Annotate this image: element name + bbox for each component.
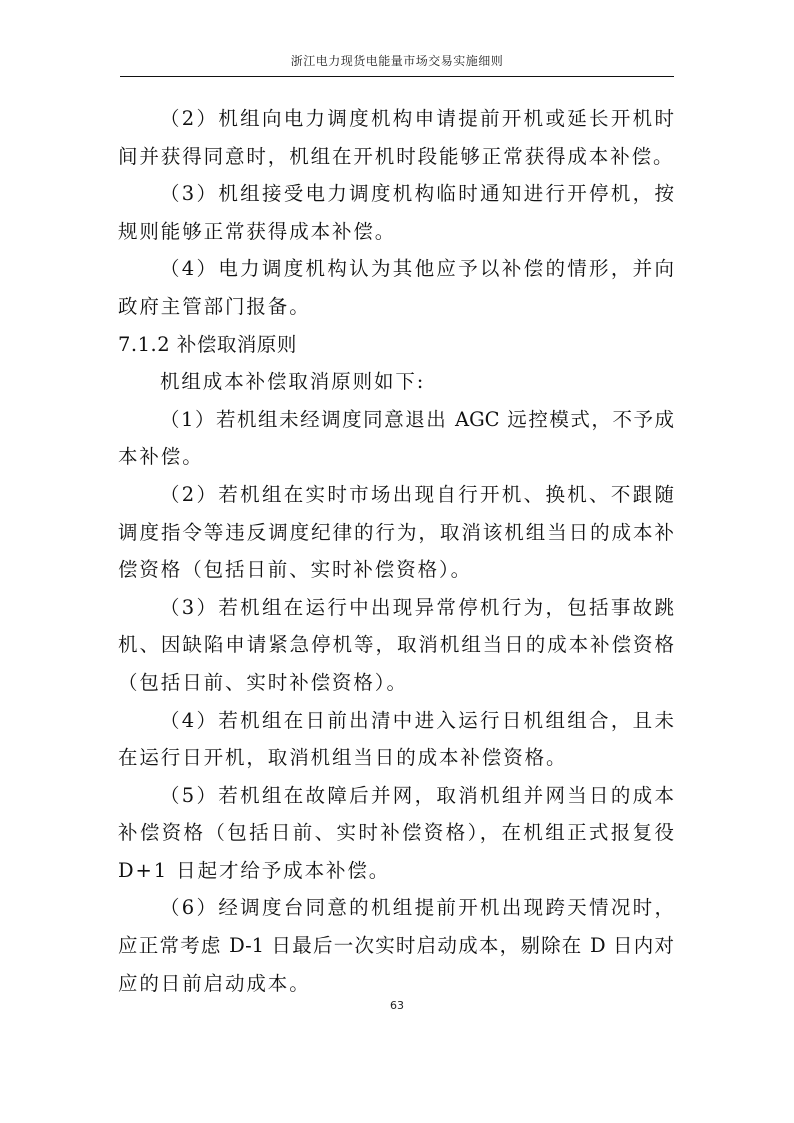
paragraph-line: （5）若机组在故障后并网，取消机组并网当日的成本 (118, 777, 674, 815)
paragraph-line: 调度指令等违反调度纪律的行为，取消该机组当日的成本补 (118, 514, 674, 552)
page-number: 63 (0, 999, 794, 1012)
document-body: （2）机组向电力调度机构申请提前开机或延长开机时 间并获得同意时，机组在开机时段… (118, 100, 674, 1002)
paragraph-line: 偿资格（包括日前、实时补偿资格）。 (118, 551, 674, 589)
paragraph-line: （1）若机组未经调度同意退出 AGC 远控模式，不予成 (118, 401, 674, 439)
page-header: 浙江电力现货电能量市场交易实施细则 (120, 50, 674, 77)
paragraph-line: 规则能够正常获得成本补偿。 (118, 213, 674, 251)
paragraph-line: 政府主管部门报备。 (118, 288, 674, 326)
paragraph-line: 本补偿。 (118, 438, 674, 476)
paragraph-line: 补偿资格（包括日前、实时补偿资格），在机组正式报复役 (118, 814, 674, 852)
paragraph-line: （2）机组向电力调度机构申请提前开机或延长开机时 (118, 100, 674, 138)
section-heading: 7.1.2 补偿取消原则 (118, 326, 674, 364)
paragraph-line: （2）若机组在实时市场出现自行开机、换机、不跟随 (118, 476, 674, 514)
paragraph-line: （包括日前、实时补偿资格）。 (118, 664, 674, 702)
paragraph-line: 机、因缺陷申请紧急停机等，取消机组当日的成本补偿资格 (118, 626, 674, 664)
paragraph-line: （3）若机组在运行中出现异常停机行为，包括事故跳 (118, 589, 674, 627)
paragraph-line: D+1 日起才给予成本补偿。 (118, 852, 674, 890)
paragraph-line: 机组成本补偿取消原则如下: (118, 363, 674, 401)
paragraph-line: （4）电力调度机构认为其他应予以补偿的情形，并向 (118, 250, 674, 288)
paragraph-line: （3）机组接受电力调度机构临时通知进行开停机，按 (118, 175, 674, 213)
paragraph-line: （4）若机组在日前出清中进入运行日机组组合，且未 (118, 702, 674, 740)
paragraph-line: 在运行日开机，取消机组当日的成本补偿资格。 (118, 739, 674, 777)
paragraph-line: 应正常考虑 D-1 日最后一次实时启动成本，剔除在 D 日内对 (118, 927, 674, 965)
paragraph-line: （6）经调度台同意的机组提前开机出现跨天情况时， (118, 889, 674, 927)
document-title: 浙江电力现货电能量市场交易实施细则 (291, 54, 504, 68)
paragraph-line: 应的日前启动成本。 (118, 965, 674, 1003)
paragraph-line: 间并获得同意时，机组在开机时段能够正常获得成本补偿。 (118, 138, 674, 176)
